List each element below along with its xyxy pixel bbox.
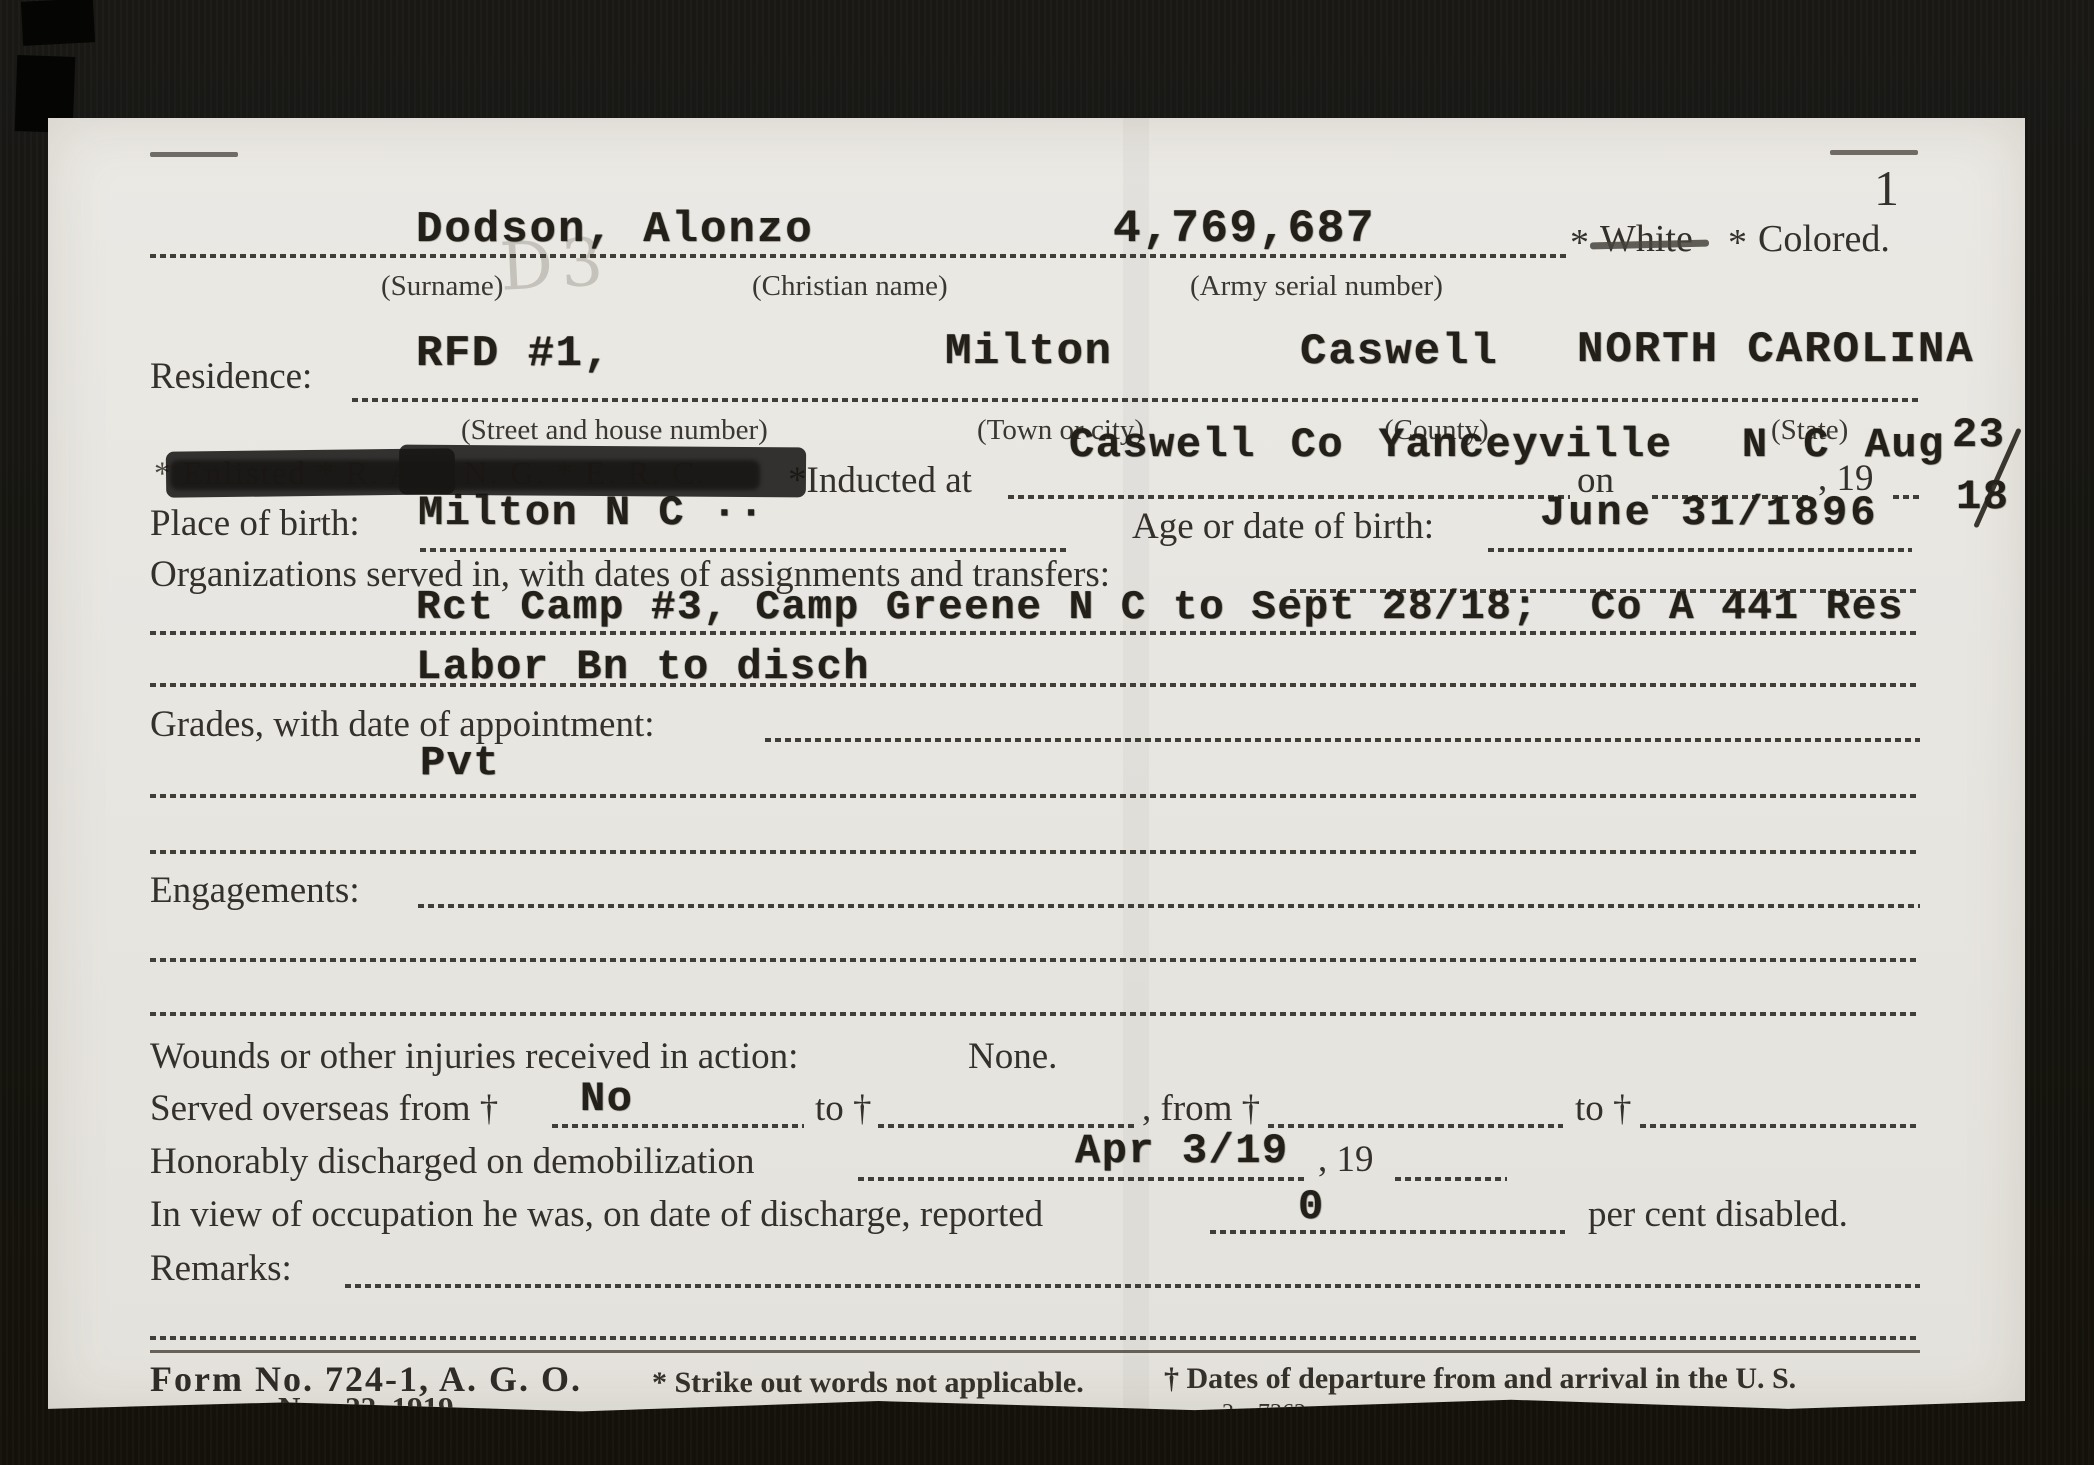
paper-fold-shadow xyxy=(1123,118,1149,1414)
disability-label: In view of occupation he was, on date of… xyxy=(150,1196,1043,1235)
film-edge-mark xyxy=(21,0,95,46)
disability-value: 0 xyxy=(1298,1186,1325,1228)
race-white-struck: White xyxy=(1600,220,1693,260)
induction-place-value: Caswell Co Yanceyville N C Aug xyxy=(1069,424,1945,466)
dotted-rule xyxy=(1210,1230,1565,1234)
dates-note: † Dates of departure from and arrival in… xyxy=(1164,1362,1796,1396)
grade-value: Pvt xyxy=(420,742,500,784)
dotted-rule xyxy=(765,738,1920,742)
dotted-rule xyxy=(418,904,1920,908)
discharge-year-label: , 19 xyxy=(1318,1141,1374,1180)
service-record-card: D3 1 Dodson, Alonzo 4,769,687 * White * … xyxy=(48,118,2025,1414)
scan-background: D3 1 Dodson, Alonzo 4,769,687 * White * … xyxy=(0,0,2094,1465)
dotted-rule xyxy=(858,1177,1308,1181)
print-code: 2—7362 xyxy=(1222,1400,1306,1427)
dotted-rule xyxy=(150,794,1920,798)
street-caption: (Street and house number) xyxy=(461,414,768,447)
grades-label: Grades, with date of appointment: xyxy=(150,706,655,745)
dotted-rule xyxy=(150,958,1920,962)
strike-note: * Strike out words not applicable. xyxy=(652,1366,1084,1400)
serial-caption: (Army serial number) xyxy=(1190,270,1443,303)
town-value: Milton xyxy=(945,330,1112,374)
pen-dash xyxy=(1830,150,1918,155)
surname-value: Dodson, Alonzo xyxy=(416,208,814,252)
race-white-label: White xyxy=(1600,220,1693,260)
ink-blot xyxy=(170,460,760,490)
overseas-to-label: to † xyxy=(815,1090,872,1129)
discharge-label: Honorably discharged on demobilization xyxy=(150,1143,755,1182)
dotted-rule xyxy=(1268,1124,1563,1128)
dotted-rule xyxy=(150,254,1570,258)
dotted-rule xyxy=(345,1284,1920,1288)
surname-caption: (Surname) xyxy=(381,270,503,303)
organizations-line2-value: Labor Bn to disch xyxy=(416,646,870,688)
page-number: 1 xyxy=(1874,162,1899,215)
dotted-rule xyxy=(150,850,1920,854)
street-value: RFD #1, xyxy=(416,332,611,376)
dotted-rule xyxy=(1488,548,1912,552)
christian-name-caption: (Christian name) xyxy=(752,270,948,303)
residence-label: Residence: xyxy=(150,358,312,397)
race-colored-label: Colored. xyxy=(1758,220,1890,260)
dotted-rule xyxy=(352,398,1920,402)
dotted-rule xyxy=(150,683,1920,687)
dotted-rule xyxy=(1893,495,1921,499)
dotted-rule xyxy=(420,548,1070,552)
overseas-from2-label: , from † xyxy=(1142,1090,1260,1129)
overseas-from-value: No xyxy=(580,1078,633,1120)
struck-enlisted-options: * Enlisted * R. A. * N. G. * E. R. C. xyxy=(150,446,806,502)
dotted-rule xyxy=(552,1124,804,1128)
percent-disabled-label: per cent disabled. xyxy=(1588,1196,1848,1235)
served-overseas-label: Served overseas from † xyxy=(150,1090,498,1129)
dotted-rule xyxy=(150,1336,1920,1340)
organizations-line1-value: Rct Camp #3, Camp Greene N C to Sept 28/… xyxy=(416,588,1904,629)
wounds-value: None. xyxy=(968,1038,1057,1077)
dotted-rule xyxy=(150,1012,1920,1016)
induction-day-value: 23 xyxy=(1952,414,2005,456)
state-value: NORTH CAROLINA xyxy=(1577,328,1975,372)
county-value: Caswell xyxy=(1300,330,1499,374)
serial-number-value: 4,769,687 xyxy=(1113,206,1375,252)
dotted-rule xyxy=(150,631,1920,635)
dotted-rule xyxy=(1395,1177,1507,1181)
overseas-to2-label: to † xyxy=(1575,1090,1632,1129)
solid-rule xyxy=(150,1350,1920,1353)
form-date: Nov. 22, 1919. xyxy=(278,1390,461,1426)
place-of-birth-label: Place of birth: xyxy=(150,505,360,544)
remarks-label: Remarks: xyxy=(150,1250,292,1289)
pen-dash xyxy=(150,152,238,157)
dob-value: June 31/1896 xyxy=(1540,492,1878,534)
inducted-at-label: *Inducted at xyxy=(788,462,972,501)
engagements-label: Engagements: xyxy=(150,872,360,911)
dotted-rule xyxy=(1640,1124,1920,1128)
race-asterisk: * xyxy=(1728,224,1747,264)
dotted-rule xyxy=(1008,495,1570,499)
discharge-date-value: Apr 3/19 xyxy=(1075,1130,1289,1172)
race-asterisk: * xyxy=(1570,224,1589,264)
age-or-dob-label: Age or date of birth: xyxy=(1132,508,1434,547)
wounds-label: Wounds or other injuries received in act… xyxy=(150,1038,798,1077)
